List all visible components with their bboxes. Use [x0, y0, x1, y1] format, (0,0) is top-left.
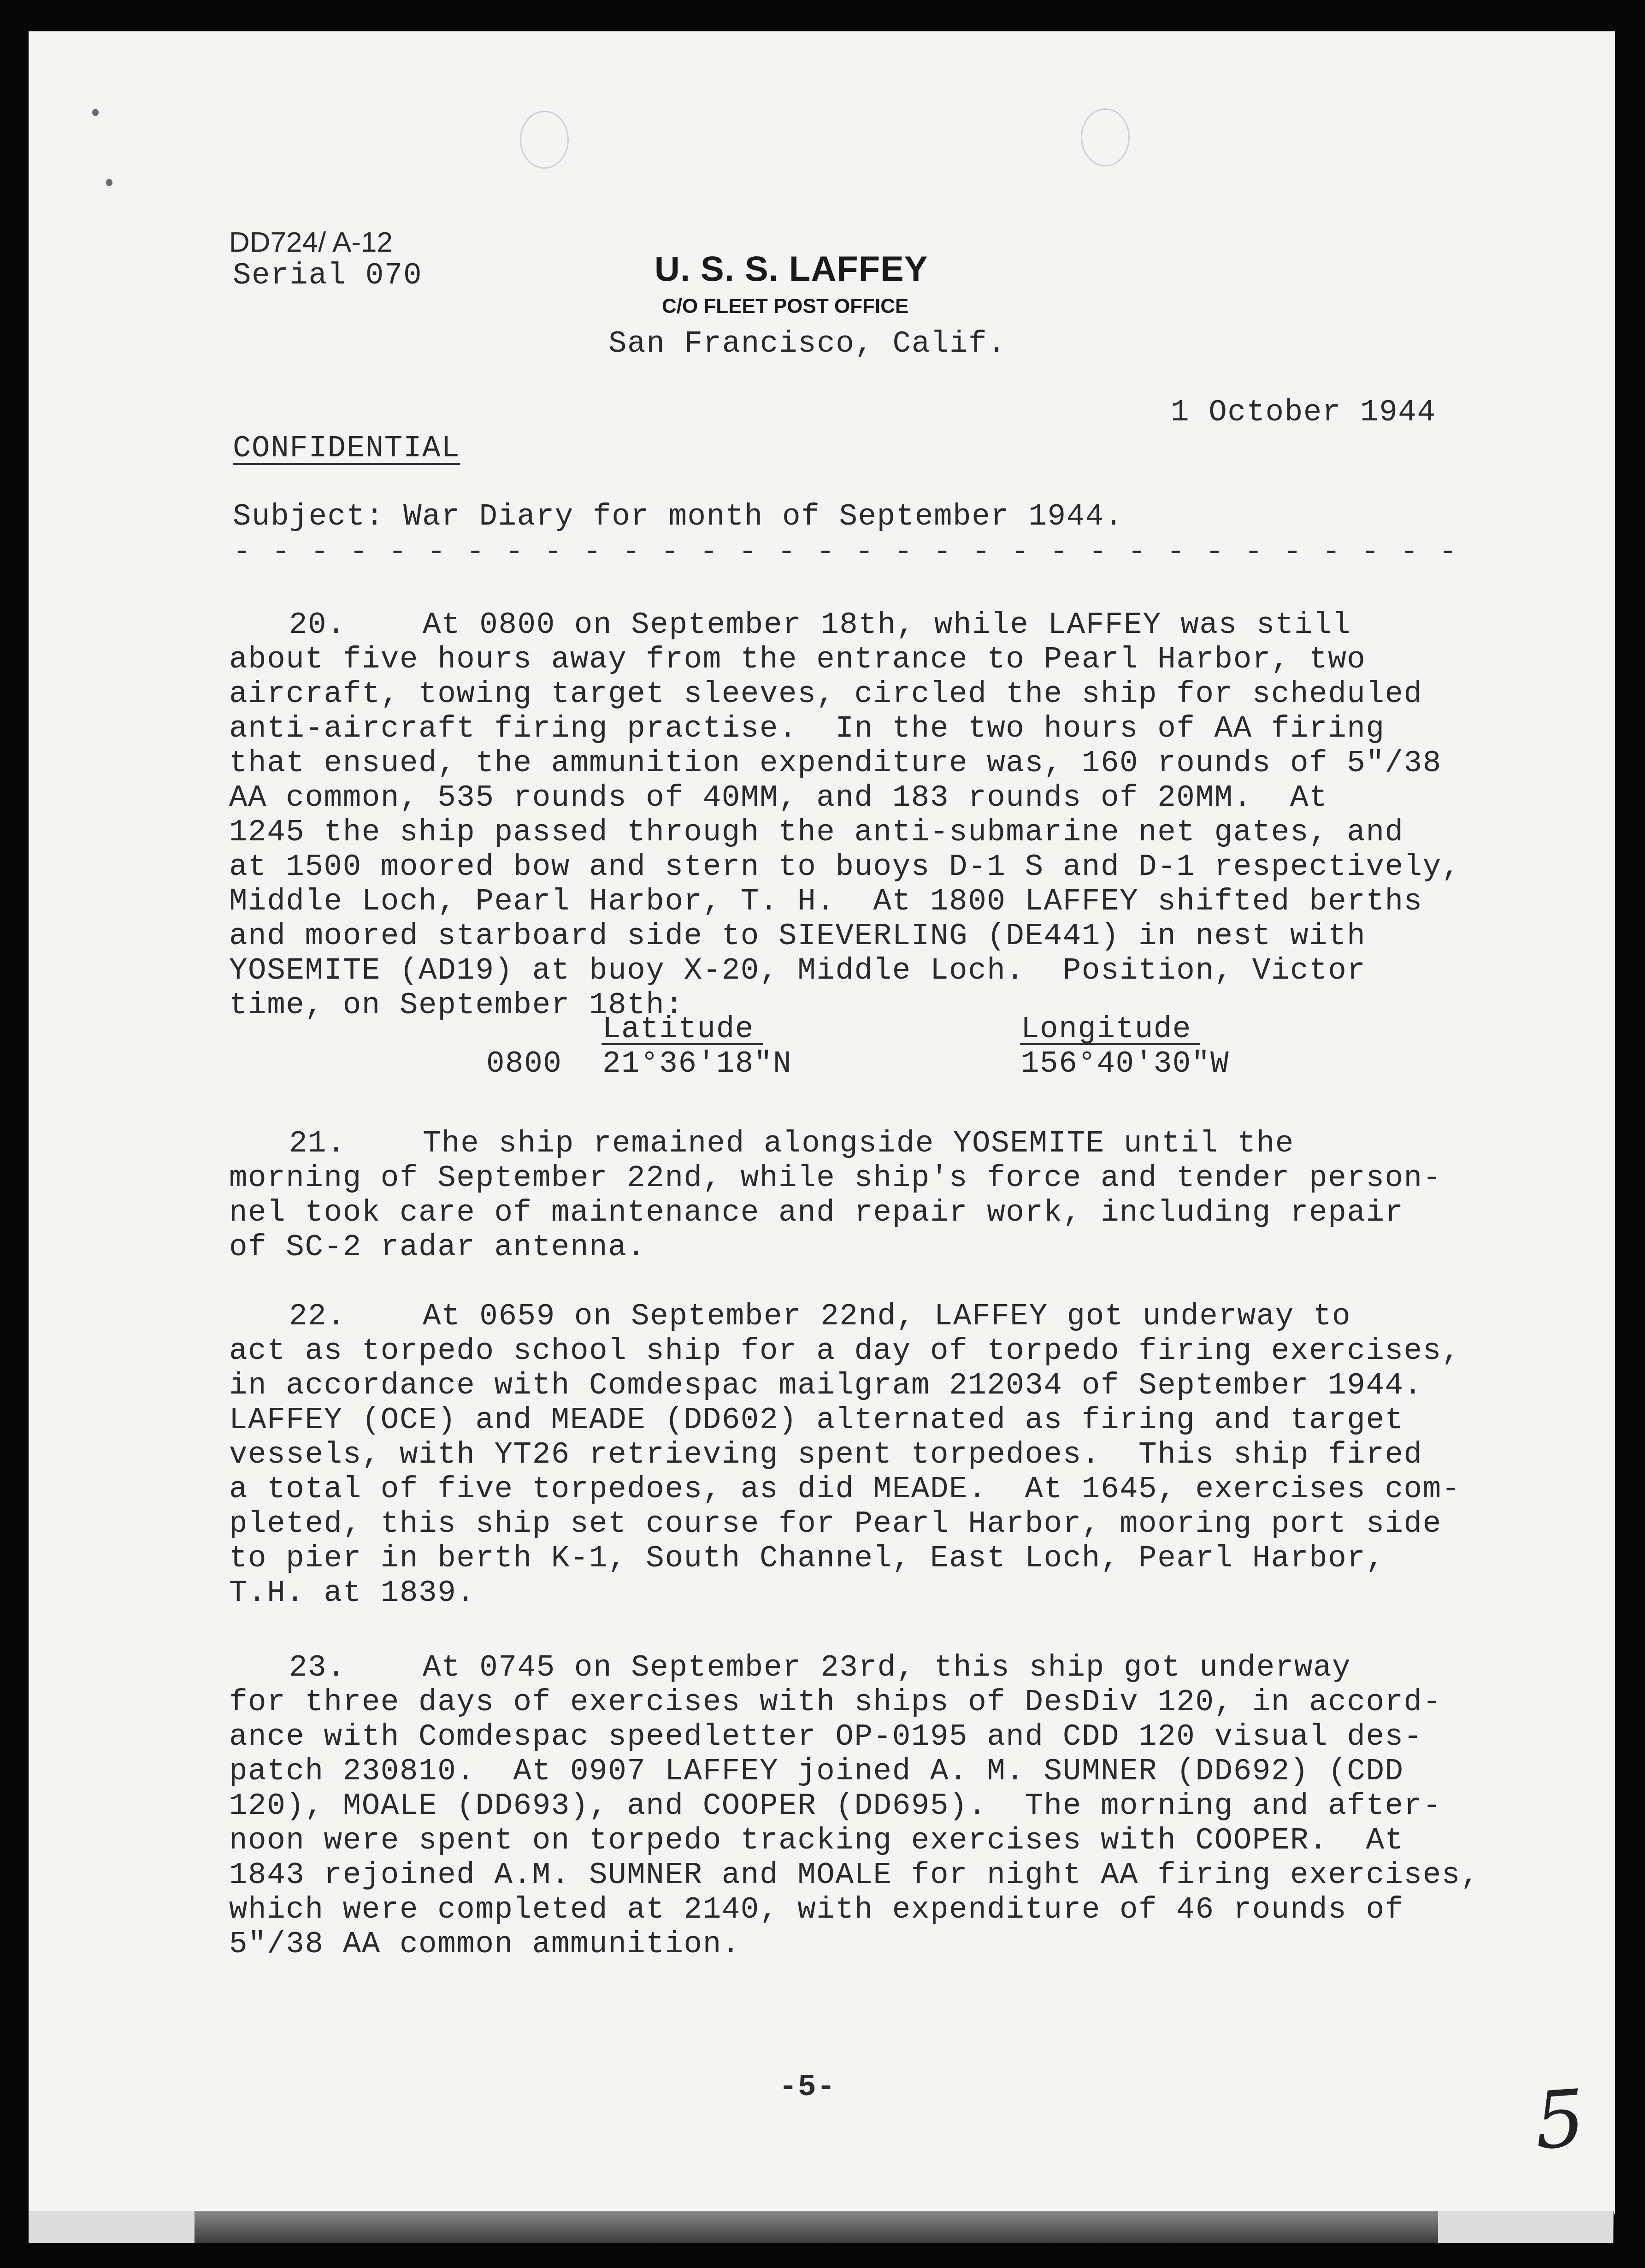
paragraph-line: pleted, this ship set course for Pearl H…: [229, 1506, 1566, 1541]
paragraph-22: 22.At 0659 on September 22nd, LAFFEY got…: [229, 1299, 1566, 1610]
paragraph-line: 120), MOALE (DD693), and COOPER (DD695).…: [229, 1789, 1566, 1823]
paragraph-line: At 0800 on September 18th, while LAFFEY …: [423, 608, 1351, 642]
handwritten-page-mark: 5: [1532, 2073, 1588, 2167]
paragraph-line: nel took care of maintenance and repair …: [229, 1195, 1566, 1230]
punch-hole-left-icon: [520, 111, 569, 169]
paragraph-line: and moored starboard side to SIEVERLING …: [229, 919, 1566, 953]
longitude-header: Longitude: [1021, 1012, 1191, 1046]
paragraph-line: vessels, with YT26 retrieving spent torp…: [229, 1437, 1566, 1472]
paragraph-line: about five hours away from the entrance …: [229, 642, 1566, 677]
speck-mark-icon: [106, 179, 112, 186]
ship-name-letterhead: U. S. S. LAFFEY: [654, 249, 928, 289]
paragraph-line: 1245 the ship passed through the anti-su…: [229, 815, 1566, 850]
paragraph-line: aircraft, towing target sleeves, circled…: [229, 677, 1566, 711]
paragraph-line: T.H. at 1839.: [229, 1576, 1566, 1610]
paragraph-line: to pier in berth K-1, South Channel, Eas…: [229, 1541, 1566, 1576]
page-number: -5-: [779, 2070, 836, 2104]
file-reference: DD724/ A-12: [229, 225, 393, 260]
dashed-separator: - - - - - - - - - - - - - - - - - - - - …: [233, 535, 1458, 569]
position-latitude: 21°36'18"N: [602, 1046, 792, 1081]
paragraph-line: ance with Comdespac speedletter OP-0195 …: [229, 1719, 1566, 1754]
scan-edge-left: [29, 2211, 195, 2243]
paragraph-line: At 0659 on September 22nd, LAFFEY got un…: [423, 1299, 1351, 1334]
city-line: San Francisco, Calif.: [608, 326, 1006, 361]
paragraph-line: that ensued, the ammunition expenditure …: [229, 746, 1566, 780]
paragraph-line: LAFFEY (OCE) and MEADE (DD602) alternate…: [229, 1403, 1566, 1437]
paragraph-line: a total of five torpedoes, as did MEADE.…: [229, 1472, 1566, 1506]
punch-hole-right-icon: [1081, 108, 1130, 166]
classification-label: CONFIDENTIAL: [233, 431, 460, 466]
paragraph-number: 21.: [229, 1126, 423, 1161]
paragraph-line: time, on September 18th:: [229, 988, 1566, 1022]
letter-date: 1 October 1944: [1171, 395, 1436, 430]
paragraph-line: At 0745 on September 23rd, this ship got…: [423, 1650, 1351, 1685]
speck-mark-icon: [92, 109, 99, 116]
paragraph-line: in accordance with Comdespac mailgram 21…: [229, 1368, 1566, 1403]
latitude-header-rule: [601, 1043, 763, 1045]
paragraph-line: at 1500 moored bow and stern to buoys D-…: [229, 850, 1566, 884]
paragraph-line: noon were spent on torpedo tracking exer…: [229, 1823, 1566, 1858]
paragraph-line: morning of September 22nd, while ship's …: [229, 1161, 1566, 1195]
paragraph-line: The ship remained alongside YOSEMITE unt…: [423, 1126, 1294, 1161]
serial-number: Serial 070: [233, 258, 422, 293]
paragraph-23: 23.At 0745 on September 23rd, this ship …: [229, 1650, 1566, 1961]
paragraph-line: of SC-2 radar antenna.: [229, 1230, 1566, 1264]
post-office-line: C/O FLEET POST OFFICE: [662, 295, 908, 318]
paragraph-line: 5"/38 AA common ammunition.: [229, 1927, 1566, 1961]
paragraph-line: Middle Loch, Pearl Harbor, T. H. At 1800…: [229, 884, 1566, 919]
paragraph-line: AA common, 535 rounds of 40MM, and 183 r…: [229, 780, 1566, 815]
paragraph-number: 23.: [229, 1650, 423, 1685]
position-longitude: 156°40'30"W: [1021, 1046, 1229, 1081]
subject-line: Subject: War Diary for month of Septembe…: [233, 499, 1123, 534]
paragraph-21: 21.The ship remained alongside YOSEMITE …: [229, 1126, 1566, 1264]
latitude-header: Latitude: [602, 1012, 754, 1046]
paragraph-20: 20.At 0800 on September 18th, while LAFF…: [229, 608, 1566, 1022]
paragraph-number: 20.: [229, 608, 423, 642]
paragraph-line: act as torpedo school ship for a day of …: [229, 1334, 1566, 1368]
paragraph-line: YOSEMITE (AD19) at buoy X-20, Middle Loc…: [229, 953, 1566, 988]
longitude-header-rule: [1020, 1043, 1200, 1045]
paragraph-line: 1843 rejoined A.M. SUMNER and MOALE for …: [229, 1858, 1566, 1892]
paragraph-line: anti-aircraft firing practise. In the tw…: [229, 711, 1566, 746]
paragraph-line: which were completed at 2140, with expen…: [229, 1892, 1566, 1927]
scan-edge-right: [1438, 2211, 1613, 2243]
paragraph-line: patch 230810. At 0907 LAFFEY joined A. M…: [229, 1754, 1566, 1789]
scan-shadow-band: [29, 2211, 1614, 2243]
paragraph-number: 22.: [229, 1299, 423, 1334]
paragraph-line: for three days of exercises with ships o…: [229, 1685, 1566, 1719]
position-time: 0800: [486, 1046, 562, 1081]
